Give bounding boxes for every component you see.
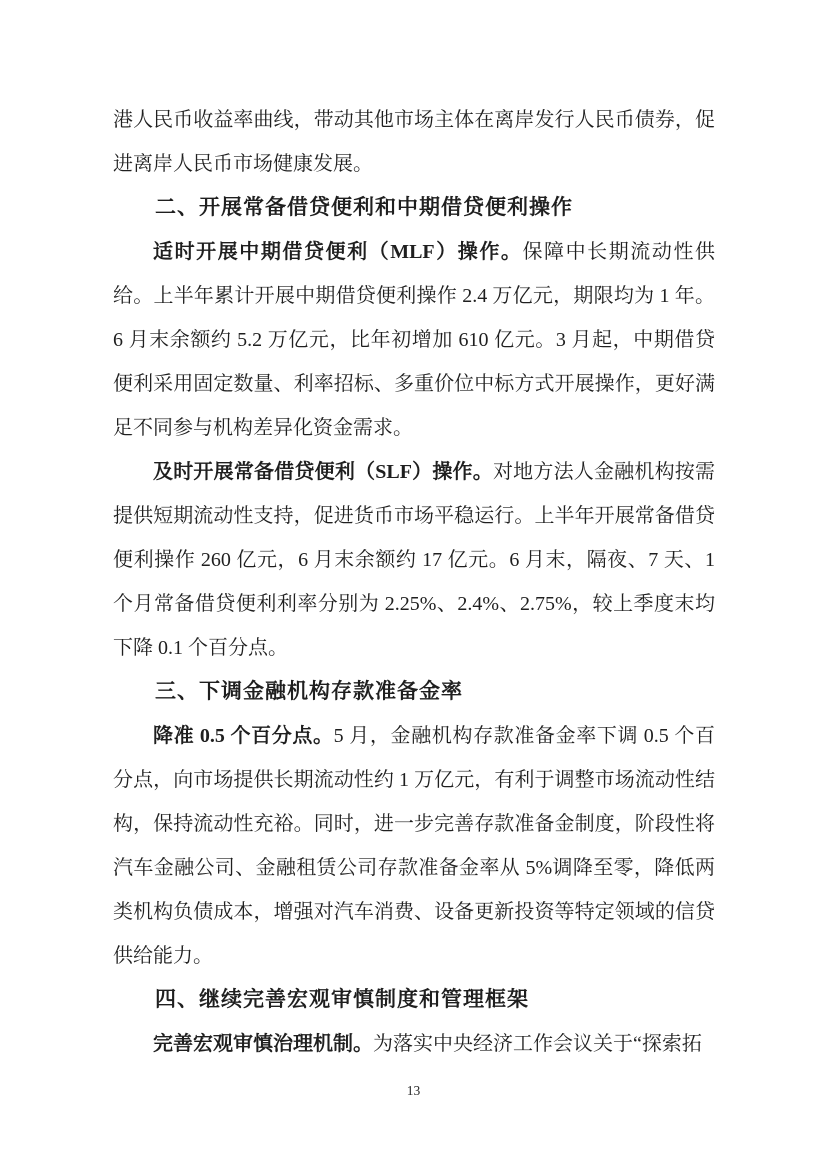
paragraph-offshore-rmb-continuation: 港人民币收益率曲线，带动其他市场主体在离岸发行人民币债券，促进离岸人民币市场健康…: [113, 98, 715, 186]
paragraph-slf-operations: 及时开展常备借贷便利（SLF）操作。对地方法人金融机构按需提供短期流动性支持，促…: [113, 450, 715, 670]
paragraph-reserve-requirement-cut: 降准 0.5 个百分点。5 月，金融机构存款准备金率下调 0.5 个百分点，向市…: [113, 714, 715, 978]
document-body: 港人民币收益率曲线，带动其他市场主体在离岸发行人民币债券，促进离岸人民币市场健康…: [113, 98, 715, 1066]
paragraph-bold-lead-rrr: 降准 0.5 个百分点。: [153, 725, 334, 747]
paragraph-text: 5 月，金融机构存款准备金率下调 0.5 个百分点，向市场提供长期流动性约 1 …: [113, 725, 715, 967]
paragraph-bold-lead-macroprudential: 完善宏观审慎治理机制。: [153, 1033, 373, 1055]
section-3-heading: 三、下调金融机构存款准备金率: [113, 670, 715, 714]
section-4-heading: 四、继续完善宏观审慎制度和管理框架: [113, 978, 715, 1022]
paragraph-text: 对地方法人金融机构按需提供短期流动性支持，促进货币市场平稳运行。上半年开展常备借…: [113, 461, 715, 659]
section-2-heading: 二、开展常备借贷便利和中期借贷便利操作: [113, 186, 715, 230]
document-page: 港人民币收益率曲线，带动其他市场主体在离岸发行人民币债券，促进离岸人民币市场健康…: [0, 0, 827, 1169]
paragraph-text: 为落实中央经济工作会议关于“探索拓: [373, 1033, 702, 1055]
paragraph-text: 港人民币收益率曲线，带动其他市场主体在离岸发行人民币债券，促进离岸人民币市场健康…: [113, 109, 715, 175]
paragraph-bold-lead-slf: 及时开展常备借贷便利（SLF）操作。: [153, 461, 493, 483]
paragraph-text: 保障中长期流动性供给。上半年累计开展中期借贷便利操作 2.4 万亿元，期限均为 …: [113, 241, 715, 439]
paragraph-mlf-operations: 适时开展中期借贷便利（MLF）操作。保障中长期流动性供给。上半年累计开展中期借贷…: [113, 230, 715, 450]
page-number: 13: [0, 1082, 827, 1100]
paragraph-macroprudential-governance: 完善宏观审慎治理机制。为落实中央经济工作会议关于“探索拓: [113, 1022, 715, 1066]
paragraph-bold-lead-mlf: 适时开展中期借贷便利（MLF）操作。: [153, 241, 522, 263]
